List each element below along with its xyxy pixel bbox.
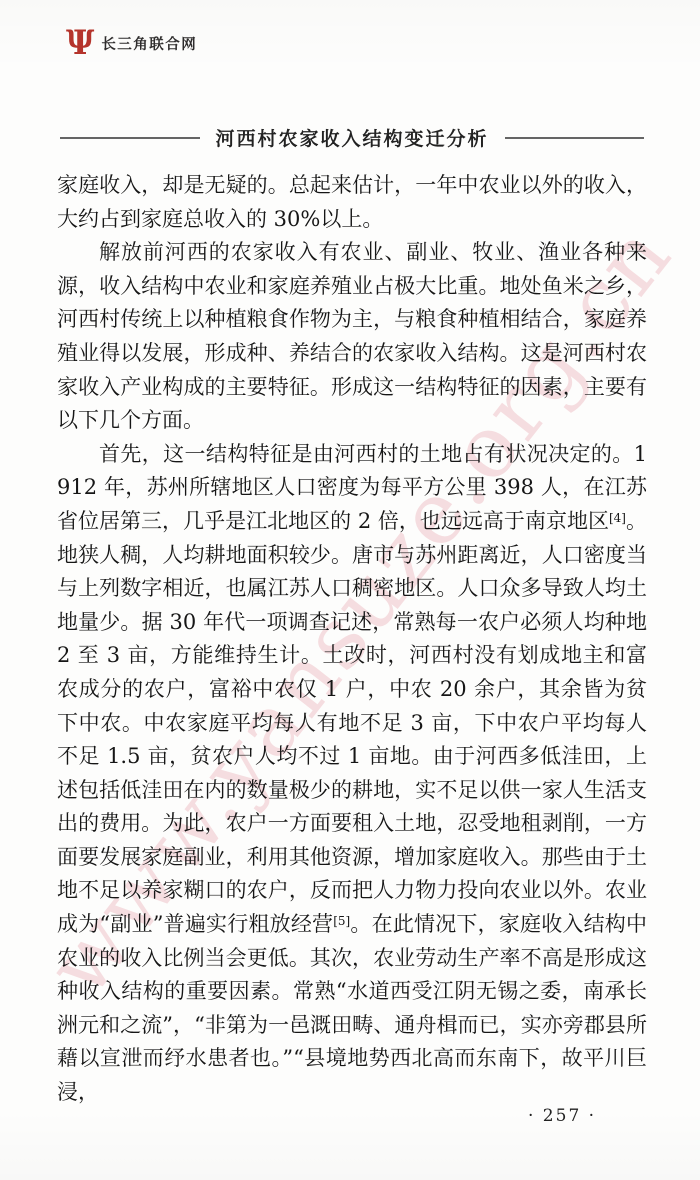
page-title: 河西村农家收入结构变迁分析 xyxy=(200,124,505,151)
paragraph-text: 。地狭人稠，人均耕地面积较少。唐市与苏州距离近，人口密度当与上列数字相近，也属江… xyxy=(57,509,647,936)
paragraph-text: 解放前河西的农家收入有农业、副业、牧业、渔业各种来源，收入结构中农业和家庭养殖业… xyxy=(57,240,647,432)
page-number: · 257 · xyxy=(528,1106,596,1126)
head-rule-left xyxy=(60,137,200,139)
running-head: 河西村农家收入结构变迁分析 xyxy=(60,124,644,151)
site-logo: Ψ 长三角联合网 xyxy=(66,28,197,59)
paragraph: 解放前河西的农家收入有农业、副业、牧业、渔业各种来源，收入结构中农业和家庭养殖业… xyxy=(57,236,647,438)
paragraph: 首先，这一结构特征是由河西村的土地占有状况决定的。1912 年，苏州所辖地区人口… xyxy=(57,438,647,1110)
footnote-reference: [5] xyxy=(333,914,350,928)
site-name: 长三角联合网 xyxy=(101,33,197,54)
paragraph-text: 家庭收入，却是无疑的。总起来估计，一年中农业以外的收入，大约占到家庭总收入的 3… xyxy=(57,173,647,231)
paragraph-text: 。在此情况下，家庭收入结构中农业的收入比例当会更低。其次，农业劳动生产率不高是形… xyxy=(57,912,647,1104)
article-body: 家庭收入，却是无疑的。总起来估计，一年中农业以外的收入，大约占到家庭总收入的 3… xyxy=(57,169,647,1110)
paragraph: 家庭收入，却是无疑的。总起来估计，一年中农业以外的收入，大约占到家庭总收入的 3… xyxy=(57,169,647,236)
footnote-reference: [4] xyxy=(609,511,626,525)
paragraph-text: 首先，这一结构特征是由河西村的土地占有状况决定的。1912 年，苏州所辖地区人口… xyxy=(57,442,647,533)
psi-logo-icon: Ψ xyxy=(66,27,94,60)
head-rule-right xyxy=(505,137,645,139)
scanned-document-page: www.yansuze.org.cn Ψ 长三角联合网 河西村农家收入结构变迁分… xyxy=(0,0,700,1180)
